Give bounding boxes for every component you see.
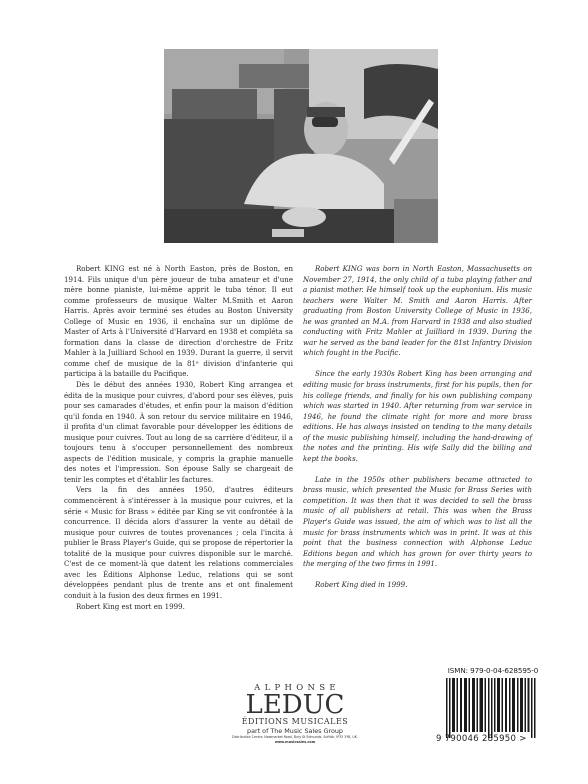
- barcode-bars: [446, 678, 548, 738]
- publisher-logo: ALPHONSE LEDUC ÉDITIONS MUSICALES part o…: [210, 683, 380, 745]
- french-paragraph: Robert King est mort en 1999.: [64, 602, 293, 613]
- english-paragraph: Robert KING was born in North Easton, Ma…: [303, 264, 532, 359]
- publisher-subtitle: ÉDITIONS MUSICALES: [210, 717, 380, 727]
- french-paragraph: Robert KING est né à North Easton, près …: [64, 264, 293, 380]
- english-paragraph: Since the early 1930s Robert King has be…: [303, 369, 532, 464]
- barcode-block: ISMN: 979-0-04-628595-0 9 790046 285950 …: [436, 666, 548, 744]
- publisher-website: www.musicsales.com: [210, 740, 380, 745]
- french-paragraph: Vers la fin des années 1950, d'autres éd…: [64, 485, 293, 601]
- publisher-group: part of The Music Sales Group: [210, 727, 380, 735]
- publisher-name-main: LEDUC: [210, 693, 380, 717]
- english-paragraph: Late in the 1950s other publishers becam…: [303, 475, 532, 570]
- english-biography: Robert KING was born in North Easton, Ma…: [303, 264, 532, 591]
- french-biography: Robert KING est né à North Easton, près …: [64, 264, 293, 612]
- ismn-label: ISMN: 979-0-04-628595-0: [438, 666, 548, 675]
- french-paragraph: Dès le début des années 1930, Robert Kin…: [64, 380, 293, 485]
- author-photo: [164, 49, 438, 243]
- english-paragraph: Robert King died in 1999.: [303, 580, 532, 591]
